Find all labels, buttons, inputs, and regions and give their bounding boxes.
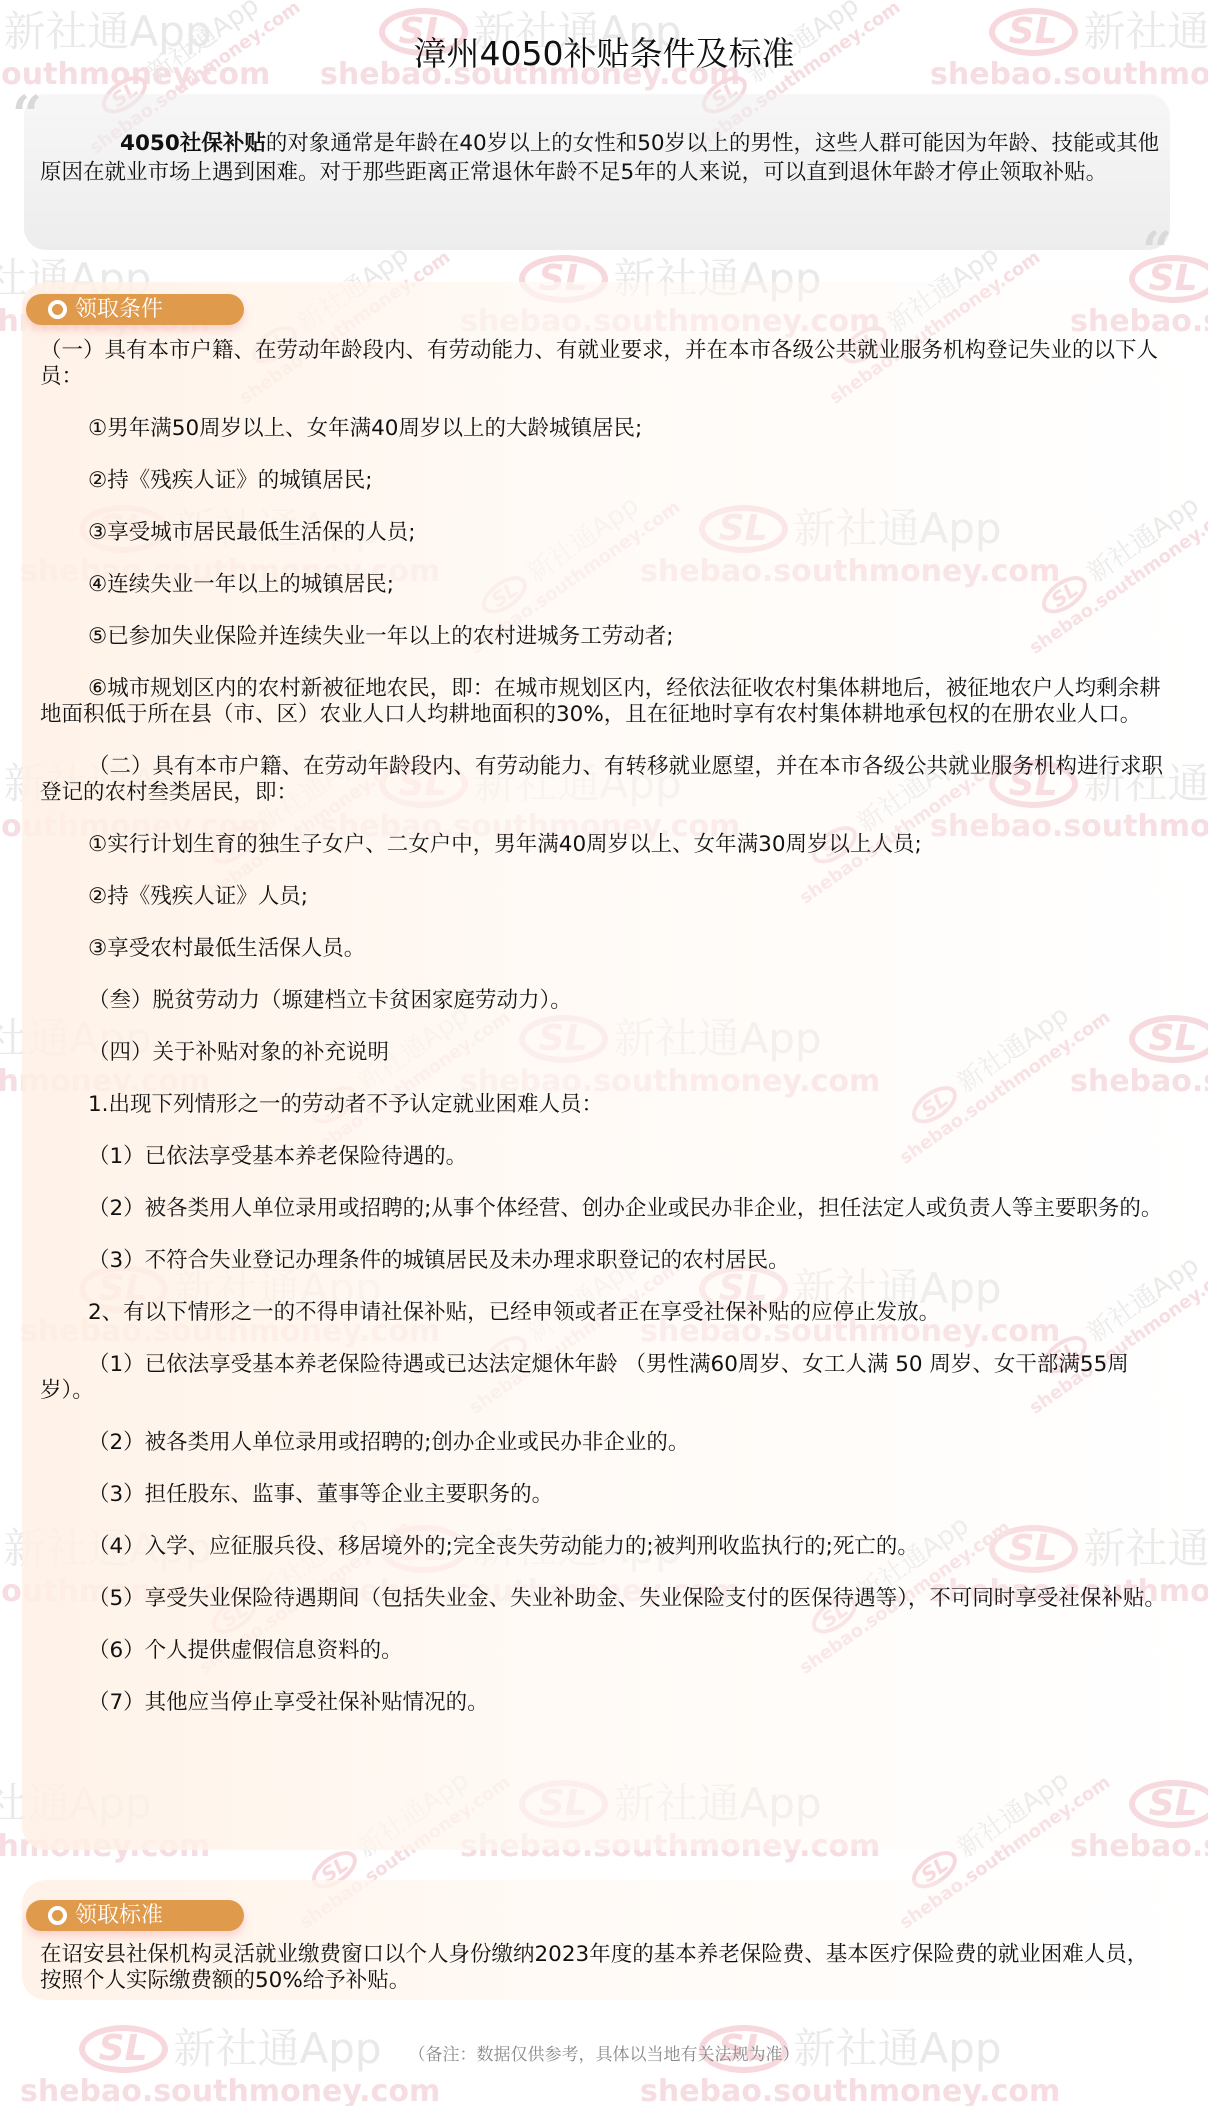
paragraph: （一）具有本市户籍、在劳动年龄段内、有劳动能力、有就业要求，并在本市各级公共就业… xyxy=(40,338,1168,390)
conditions-heading-label: 领取条件 xyxy=(75,294,163,325)
intro-bold-lead: 4050社保补贴 xyxy=(120,131,266,156)
conditions-heading: 领取条件 xyxy=(26,294,244,325)
standard-body: 在诏安县社保机构灵活就业缴费窗口以个人身份缴纳2023年度的基本养老保险费、基本… xyxy=(40,1942,1168,1994)
paragraph: ③享受农村最低生活保人员。 xyxy=(40,936,1168,962)
watermark-url: shebao.southmoney.com xyxy=(640,2077,1060,2106)
page-title: 漳州4050补贴条件及标准 xyxy=(0,28,1208,75)
paragraph: （4）入学、应征服兵役、移居境外的;完全丧失劳动能力的;被判刑收监执行的;死亡的… xyxy=(40,1534,1168,1560)
standard-heading: 领取标准 xyxy=(26,1900,244,1931)
paragraph: （7）其他应当停止享受社保补贴情况的。 xyxy=(40,1690,1168,1716)
paragraph: （二）具有本市户籍、在劳动年龄段内、有劳动能力、有转移就业愿望，并在本市各级公共… xyxy=(40,754,1168,806)
paragraph: （3）不符合失业登记办理条件的城镇居民及未办理求职登记的农村居民。 xyxy=(40,1248,1168,1274)
paragraph: （6）个人提供虚假信息资料的。 xyxy=(40,1638,1168,1664)
paragraph: （1）已依法享受基本养老保险待遇或已达法定煺休年龄 （男性满60周岁、女工人满 … xyxy=(40,1352,1168,1404)
paragraph: ⑥城市规划区内的农村新被征地农民，即：在城市规划区内，经依法征收农村集体耕地后，… xyxy=(40,676,1168,728)
paragraph: 2、有以下情形之一的不得申请社保补贴，已经申领或者正在享受社保补贴的应停止发放。 xyxy=(40,1300,1168,1326)
paragraph: （5）享受失业保险待遇期间（包括失业金、失业补助金、失业保险支付的医保待遇等），… xyxy=(40,1586,1168,1612)
conditions-body: （一）具有本市户籍、在劳动年龄段内、有劳动能力、有就业要求，并在本市各级公共就业… xyxy=(40,338,1168,1742)
circle-icon xyxy=(48,1906,67,1925)
paragraph: ①实行计划生育的独生子女户、二女户中，男年满40周岁以上、女年满30周岁以上人员… xyxy=(40,832,1168,858)
close-quote-icon: “ xyxy=(1142,226,1172,278)
paragraph: ①男年满50周岁以上、女年满40周岁以上的大龄城镇居民; xyxy=(40,416,1168,442)
intro-text: 4050社保补贴的对象通常是年龄在40岁以上的女性和50岁以上的男性，这些人群可… xyxy=(40,129,1168,187)
watermark-url: shebao.southmoney.com xyxy=(20,2077,440,2106)
paragraph: ④连续失业一年以上的城镇居民; xyxy=(40,572,1168,598)
paragraph: 1.出现下列情形之一的劳动者不予认定就业困难人员： xyxy=(40,1092,1168,1118)
paragraph: （2）被各类用人单位录用或招聘的;从事个体经营、创办企业或民办非企业，担任法定人… xyxy=(40,1196,1168,1222)
paragraph: ②持《残疾人证》人员; xyxy=(40,884,1168,910)
paragraph: ②持《残疾人证》的城镇居民; xyxy=(40,468,1168,494)
paragraph: （四）关于补贴对象的补充说明 xyxy=(40,1040,1168,1066)
paragraph: ③享受城市居民最低生活保的人员; xyxy=(40,520,1168,546)
standard-heading-label: 领取标准 xyxy=(75,1900,163,1931)
circle-icon xyxy=(48,300,67,319)
disclaimer-note: （备注：数据仅供参考，具体以当地有关法规为准） xyxy=(0,2040,1208,2065)
paragraph: （3）担任股东、监事、董事等企业主要职务的。 xyxy=(40,1482,1168,1508)
paragraph: ⑤已参加失业保险并连续失业一年以上的农村进城务工劳动者; xyxy=(40,624,1168,650)
open-quote-icon: “ xyxy=(12,90,42,142)
paragraph: （叁）脱贫劳动力（塬建档立卡贫困家庭劳动力）。 xyxy=(40,988,1168,1014)
watermark: SL新社通Appshebao.southmoney.com xyxy=(640,2025,1060,2106)
paragraph: （1）已依法享受基本养老保险待遇的。 xyxy=(40,1144,1168,1170)
paragraph: （2）被各类用人单位录用或招聘的;创办企业或民办非企业的。 xyxy=(40,1430,1168,1456)
watermark: SL新社通Appshebao.southmoney.com xyxy=(20,2025,440,2106)
